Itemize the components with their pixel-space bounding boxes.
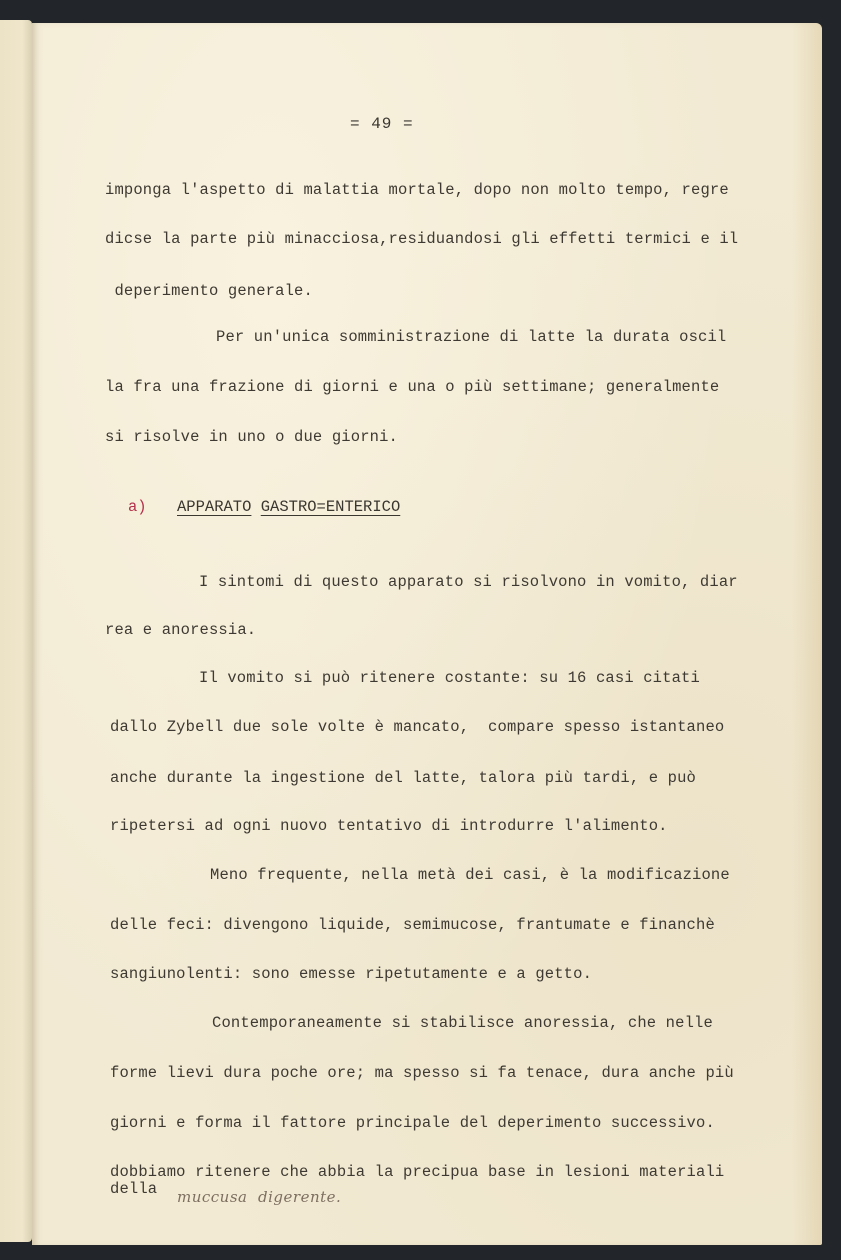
text-line-9: Il vomito si può ritenere costante: su 1… — [199, 669, 700, 687]
section-marker: a) — [128, 498, 147, 516]
section-title-part1: APPARATO — [177, 498, 251, 516]
page-edge-shadow — [792, 23, 822, 1245]
text-line-16: Contemporaneamente si stabilisce anoress… — [212, 1014, 713, 1032]
section-title-part2: GASTRO=ENTERICO — [261, 498, 401, 516]
previous-page-edge — [0, 20, 32, 1242]
text-line-12: ripetersi ad ogni nuovo tentativo di int… — [110, 817, 668, 835]
text-line-6: si risolve in uno o due giorni. — [105, 428, 398, 446]
text-line-18: giorni e forma il fattore principale del… — [110, 1114, 715, 1132]
text-line-17: forme lievi dura poche ore; ma spesso si… — [110, 1064, 734, 1082]
text-line-1: imponga l'aspetto di malattia mortale, d… — [105, 181, 729, 199]
text-line-7: I sintomi di questo apparato si risolvon… — [199, 573, 738, 591]
text-line-20: della — [110, 1180, 157, 1198]
text-line-19: dobbiamo ritenere che abbia la precipua … — [110, 1163, 724, 1181]
text-line-4: Per un'unica somministrazione di latte l… — [216, 328, 726, 346]
document-page: = 49 = imponga l'aspetto di malattia mor… — [32, 23, 822, 1245]
text-line-11: anche durante la ingestione del latte, t… — [110, 769, 696, 787]
text-line-10: dallo Zybell due sole volte è mancato, c… — [110, 718, 724, 736]
text-line-15: sangiunolenti: sono emesse ripetutamente… — [110, 965, 592, 983]
text-line-13: Meno frequente, nella metà dei casi, è l… — [210, 866, 730, 884]
text-line-8: rea e anoressia. — [105, 621, 256, 639]
section-heading: APPARATO GASTRO=ENTERICO — [177, 498, 400, 516]
handwritten-annotation: muccusa digerente. — [177, 1188, 341, 1206]
text-line-2: dicse la parte più minacciosa,residuando… — [105, 230, 738, 248]
text-line-5: la fra una frazione di giorni e una o pi… — [105, 378, 719, 396]
page-number: = 49 = — [350, 115, 414, 133]
text-line-3: deperimento generale. — [105, 282, 313, 300]
text-line-14: delle feci: divengono liquide, semimucos… — [110, 916, 715, 934]
